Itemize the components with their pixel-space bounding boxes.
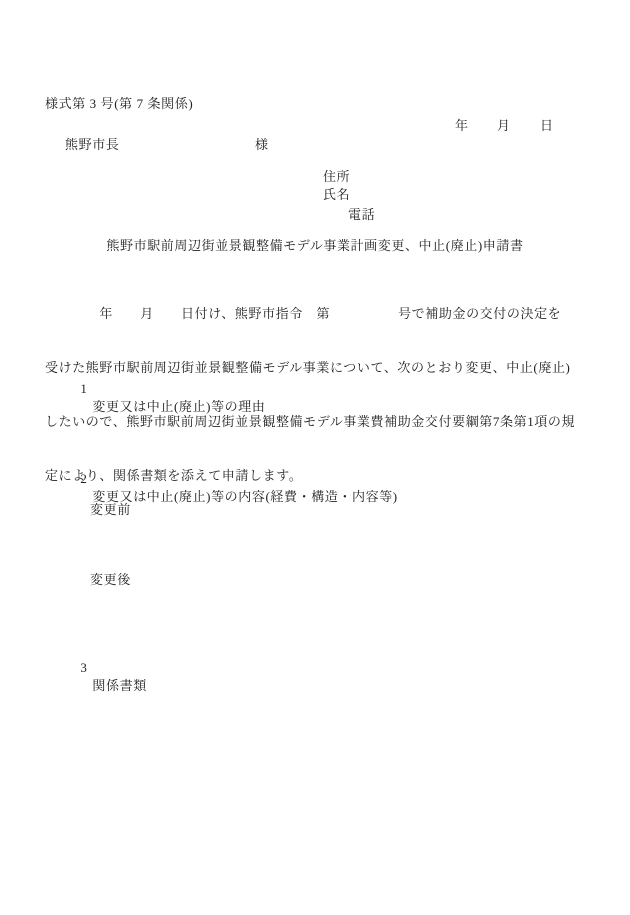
date-month-label: 月 (497, 117, 511, 135)
section-3-label: 関係書類 (92, 677, 146, 695)
body-line: 年 月 日付け、熊野市指令 第 号で補助金の交付の決定を (45, 305, 590, 323)
addressee-name: 熊野市長 (65, 136, 119, 154)
form-number: 様式第 3 号(第 7 条関係) (45, 95, 193, 113)
section-1-label: 変更又は中止(廃止)等の理由 (92, 398, 265, 416)
section-3-number: 3 (80, 659, 87, 677)
document-page: 様式第 3 号(第 7 条関係) 年 月 日 熊野市長 様 住所 氏名 電話 熊… (0, 0, 630, 915)
date-year-label: 年 (455, 117, 469, 135)
section-1-reason: 1 変更又は中止(廃止)等の理由 (65, 362, 265, 434)
sender-address-label: 住所 (323, 168, 350, 186)
sender-name-label: 氏名 (323, 186, 350, 204)
change-after-label: 変更後 (90, 571, 131, 589)
document-title: 熊野市駅前周辺街並景観整備モデル事業計画変更、中止(廃止)申請書 (0, 237, 630, 255)
date-line: 年 月 日 (0, 117, 630, 135)
section-3-documents: 3 関係書類 (65, 641, 147, 713)
change-before-label: 変更前 (90, 501, 131, 519)
section-2-number: 2 (80, 470, 87, 488)
addressee-honorific: 様 (255, 136, 269, 154)
section-1-number: 1 (80, 380, 87, 398)
sender-phone-label: 電話 (348, 206, 375, 224)
section-2-label: 変更又は中止(廃止)等の内容(経費・構造・内容等) (92, 488, 397, 506)
date-day-label: 日 (540, 117, 554, 135)
